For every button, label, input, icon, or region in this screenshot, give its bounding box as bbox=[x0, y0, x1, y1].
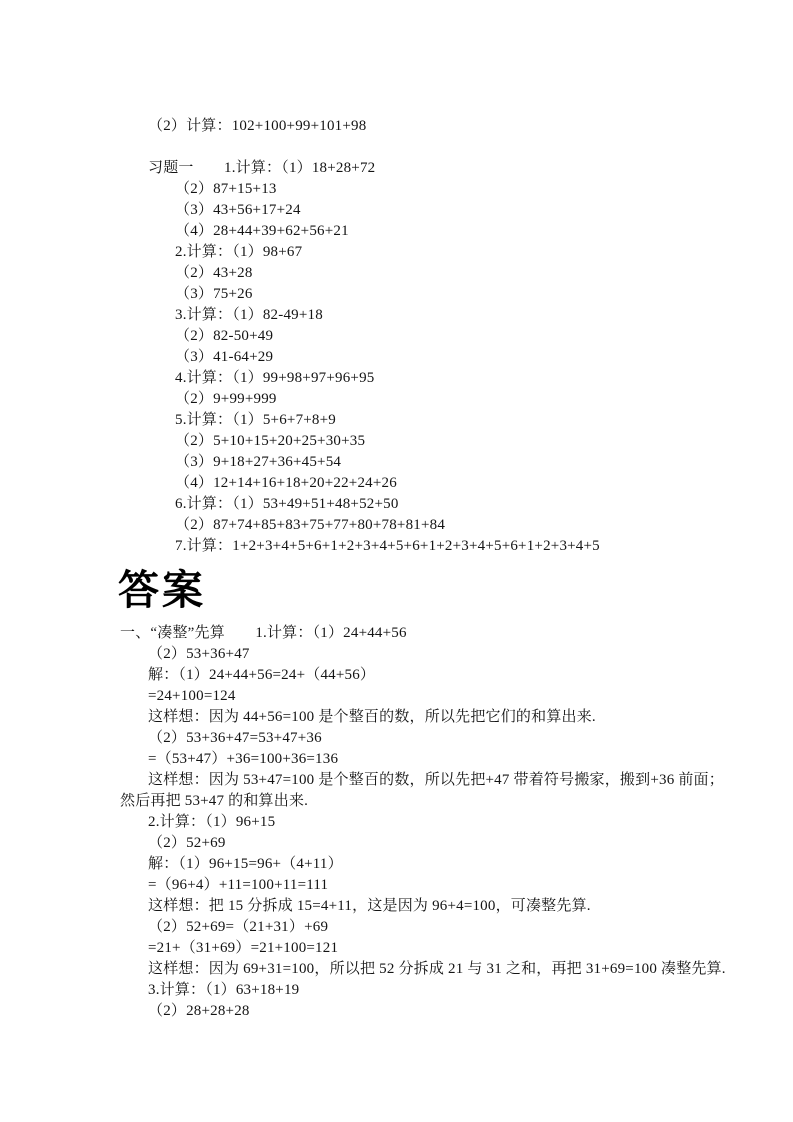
text-line: （2）82-50+49 bbox=[175, 326, 765, 347]
text-line: 这样想：因为 53+47=100 是个整百的数，所以先把+47 带着符号搬家，搬… bbox=[148, 770, 765, 791]
text-line: 一、“凑整”先算 1.计算：（1）24+44+56 bbox=[120, 623, 765, 644]
answers-section: 一、“凑整”先算 1.计算：（1）24+44+56（2）53+36+47解：（1… bbox=[120, 623, 765, 1022]
text-line: 4.计算：（1）99+98+97+96+95 bbox=[175, 368, 765, 389]
text-line: =21+（31+69）=21+100=121 bbox=[148, 938, 765, 959]
text-line: （4）28+44+39+62+56+21 bbox=[175, 221, 765, 242]
text-line: （2）43+28 bbox=[175, 263, 765, 284]
text-line: （3）43+56+17+24 bbox=[175, 200, 765, 221]
text-line: 6.计算：（1）53+49+51+48+52+50 bbox=[175, 494, 765, 515]
problems-section: （2）计算：102+100+99+101+98 习题一 1.计算：（1）18+2… bbox=[120, 116, 765, 557]
text-line: =24+100=124 bbox=[148, 686, 765, 707]
text-line: 2.计算：（1）96+15 bbox=[148, 812, 765, 833]
text-line: 2.计算：（1）98+67 bbox=[175, 242, 765, 263]
text-line: （2）53+36+47=53+47+36 bbox=[148, 728, 765, 749]
text-line: =（53+47）+36=100+36=136 bbox=[148, 749, 765, 770]
text-line: 3.计算：（1）82-49+18 bbox=[175, 305, 765, 326]
text-line: （2）52+69=（21+31）+69 bbox=[148, 917, 765, 938]
text-line: 这样想：把 15 分拆成 15=4+11，这是因为 96+4=100，可凑整先算… bbox=[148, 896, 765, 917]
text-line: 解：（1）96+15=96+（4+11） bbox=[148, 854, 765, 875]
text-line: （3）41-64+29 bbox=[175, 347, 765, 368]
text-line: 习题一 1.计算：（1）18+28+72 bbox=[148, 158, 765, 179]
text-line: （2）28+28+28 bbox=[148, 1001, 765, 1022]
text-line: （2）87+74+85+83+75+77+80+78+81+84 bbox=[175, 515, 765, 536]
text-line: 然后再把 53+47 的和算出来. bbox=[120, 791, 765, 812]
text-line: （2）53+36+47 bbox=[148, 644, 765, 665]
answers-heading: 答案 bbox=[118, 565, 765, 615]
text-line: （3）75+26 bbox=[175, 284, 765, 305]
text-line: 这样想：因为 69+31=100，所以把 52 分拆成 21 与 31 之和，再… bbox=[148, 959, 765, 980]
text-line: 这样想：因为 44+56=100 是个整百的数，所以先把它们的和算出来. bbox=[148, 707, 765, 728]
text-line: 5.计算：（1）5+6+7+8+9 bbox=[175, 410, 765, 431]
text-line: 解：（1）24+44+56=24+（44+56） bbox=[148, 665, 765, 686]
text-line: （2）9+99+999 bbox=[175, 389, 765, 410]
text-line: 7.计算：1+2+3+4+5+6+1+2+3+4+5+6+1+2+3+4+5+6… bbox=[175, 536, 765, 557]
text-line: （2）52+69 bbox=[148, 833, 765, 854]
text-line: =（96+4）+11=100+11=111 bbox=[148, 875, 765, 896]
text-line: （3）9+18+27+36+45+54 bbox=[175, 452, 765, 473]
text-line: （2）87+15+13 bbox=[175, 179, 765, 200]
text-line: （2）5+10+15+20+25+30+35 bbox=[175, 431, 765, 452]
blank-line bbox=[148, 137, 765, 158]
document-page: （2）计算：102+100+99+101+98 习题一 1.计算：（1）18+2… bbox=[0, 0, 793, 1122]
text-line: （4）12+14+16+18+20+22+24+26 bbox=[175, 473, 765, 494]
text-line: 3.计算：（1）63+18+19 bbox=[148, 980, 765, 1001]
text-line: （2）计算：102+100+99+101+98 bbox=[148, 116, 765, 137]
